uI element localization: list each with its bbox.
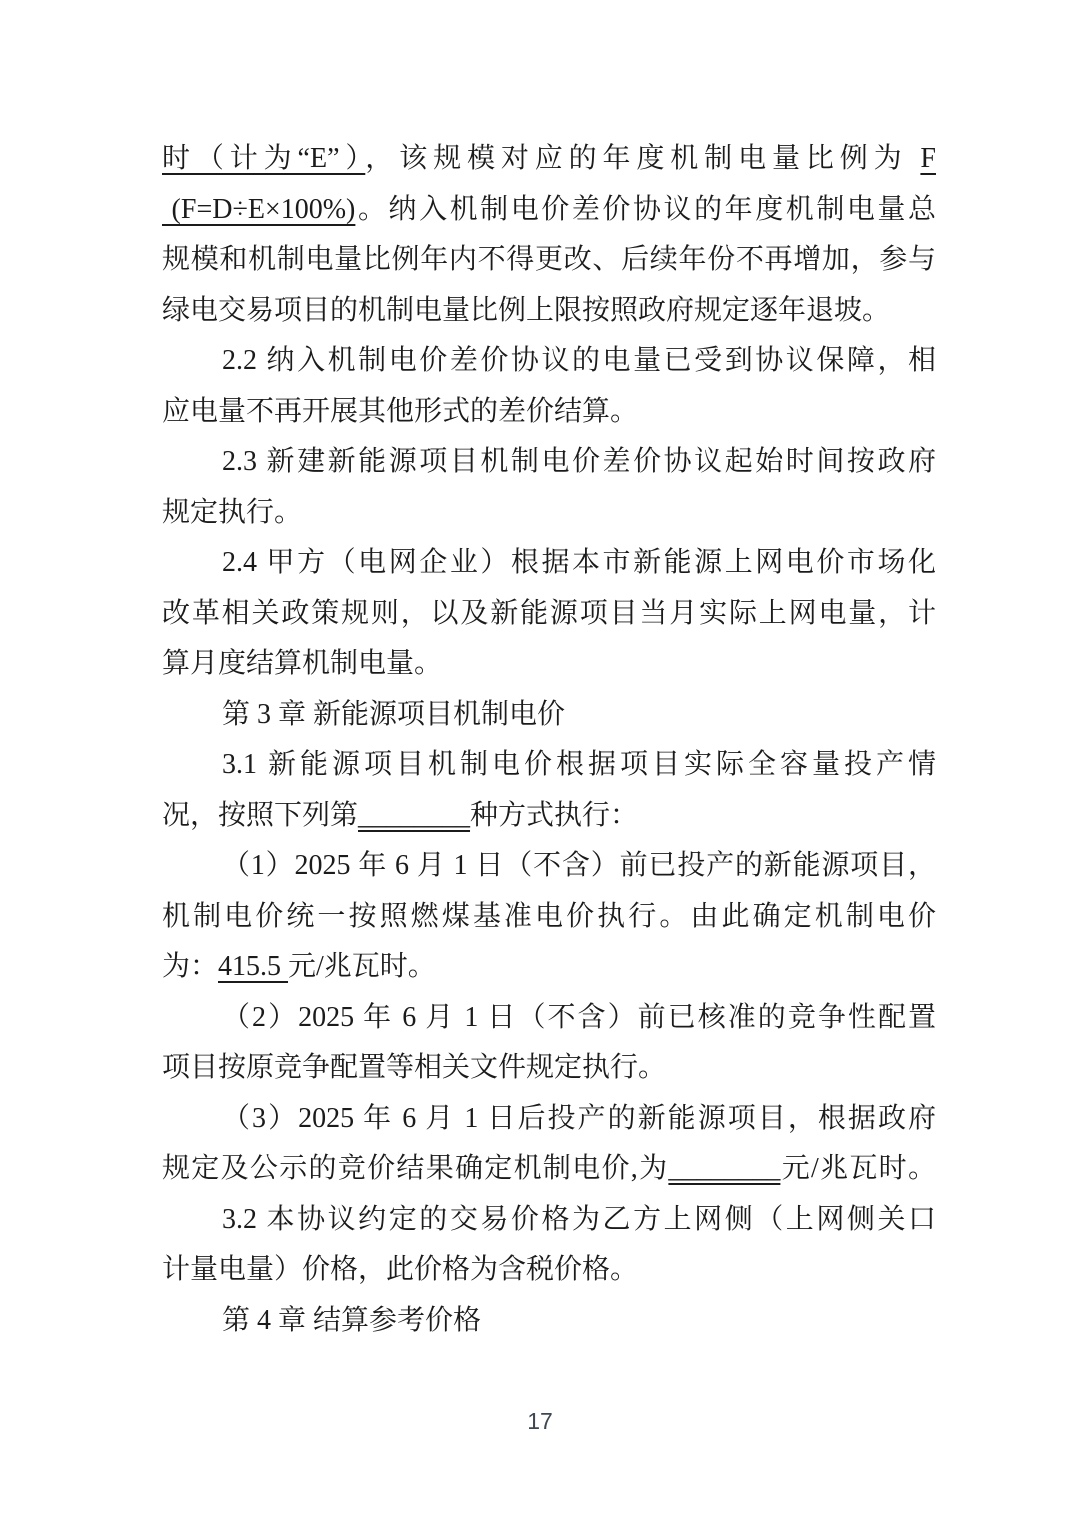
text-segment: ，该规模对应的年度机制电量比例为 [365,143,920,174]
fill-in-blank: ________ [668,1153,780,1184]
text-line: 3.2 本协议约定的交易价格为乙方上网侧（上网侧关口 [162,1195,936,1246]
text-segment: 元/兆瓦时。 [288,951,436,982]
text-line: （3）2025 年 6 月 1 日后投产的新能源项目，根据政府 [162,1094,936,1145]
text-line: 计量电量）价格，此价格为含税价格。 [162,1245,936,1296]
text-segment: （2）2025 年 6 月 1 日（不含）前已核准的竞争性配置 [222,1002,936,1033]
text-segment: 算月度结算机制电量。 [162,648,442,679]
text-segment: 2.4 甲方（电网企业）根据本市新能源上网电价市场化 [222,547,936,578]
text-line: 算月度结算机制电量。 [162,639,936,690]
underlined-text: 415.5 [218,951,288,982]
text-segment: 。纳入机制电价差价协议的年度机制电量总 [355,194,936,225]
text-line: （1）2025 年 6 月 1 日（不含）前已投产的新能源项目， [162,841,936,892]
text-segment: 机制电价统一按照燃煤基准电价执行。由此确定机制电价 [162,901,936,932]
text-segment: 绿电交易项目的机制电量比例上限按照政府规定逐年退坡。 [162,295,890,326]
text-line: 第 4 章 结算参考价格 [162,1296,936,1347]
text-segment: 况，按照下列第 [162,800,358,831]
text-segment: 项目按原竞争配置等相关文件规定执行。 [162,1052,666,1083]
text-segment: 2.2 纳入机制电价差价协议的电量已受到协议保障，相 [222,345,936,376]
document-body: 时（计为“E”），该规模对应的年度机制电量比例为 F (F=D÷E×100%)。… [162,134,936,1346]
document-page: 时（计为“E”），该规模对应的年度机制电量比例为 F (F=D÷E×100%)。… [0,0,1080,1527]
text-segment: 规定执行。 [162,497,302,528]
text-line: 应电量不再开展其他形式的差价结算。 [162,387,936,438]
text-line: 项目按原竞争配置等相关文件规定执行。 [162,1043,936,1094]
fill-in-blank: ________ [358,800,470,831]
text-segment: 第 4 章 结算参考价格 [222,1305,481,1336]
text-segment: 改革相关政策规则，以及新能源项目当月实际上网电量，计 [162,598,936,629]
text-line: 规模和机制电量比例年内不得更改、后续年份不再增加，参与 [162,235,936,286]
text-segment: 为： [162,951,218,982]
text-line: 3.1 新能源项目机制电价根据项目实际全容量投产情 [162,740,936,791]
underlined-text: (F=D÷E×100%) [162,194,355,225]
text-line: （2）2025 年 6 月 1 日（不含）前已核准的竞争性配置 [162,993,936,1044]
page-number: 17 [0,1408,1080,1435]
text-line: 规定执行。 [162,488,936,539]
text-line: 2.3 新建新能源项目机制电价差价协议起始时间按政府 [162,437,936,488]
text-line: 第 3 章 新能源项目机制电价 [162,690,936,741]
text-segment: 3.1 新能源项目机制电价根据项目实际全容量投产情 [222,749,936,780]
underlined-text: F [920,143,936,174]
text-segment: 2.3 新建新能源项目机制电价差价协议起始时间按政府 [222,446,936,477]
text-segment: 3.2 本协议约定的交易价格为乙方上网侧（上网侧关口 [222,1204,936,1235]
text-line: 2.2 纳入机制电价差价协议的电量已受到协议保障，相 [162,336,936,387]
underlined-text: 时（计为“E”） [162,143,365,174]
text-line: 机制电价统一按照燃煤基准电价执行。由此确定机制电价 [162,892,936,943]
text-segment: 种方式执行： [470,800,638,831]
text-segment: （3）2025 年 6 月 1 日后投产的新能源项目，根据政府 [222,1103,936,1134]
text-line: 规定及公示的竞价结果确定机制电价,为________元/兆瓦时。 [162,1144,936,1195]
text-line: 况，按照下列第________种方式执行： [162,791,936,842]
text-segment: 元/兆瓦时。 [780,1153,936,1184]
text-segment: 规模和机制电量比例年内不得更改、后续年份不再增加，参与 [162,244,936,275]
text-segment: 第 3 章 新能源项目机制电价 [222,699,565,730]
text-segment: 计量电量）价格，此价格为含税价格。 [162,1254,638,1285]
text-segment: 应电量不再开展其他形式的差价结算。 [162,396,638,427]
text-line: 改革相关政策规则，以及新能源项目当月实际上网电量，计 [162,589,936,640]
text-segment: （1）2025 年 6 月 1 日（不含）前已投产的新能源项目， [222,850,936,881]
text-segment: 规定及公示的竞价结果确定机制电价,为 [162,1153,668,1184]
text-line: 为：415.5 元/兆瓦时。 [162,942,936,993]
text-line: 2.4 甲方（电网企业）根据本市新能源上网电价市场化 [162,538,936,589]
text-line: 绿电交易项目的机制电量比例上限按照政府规定逐年退坡。 [162,286,936,337]
text-line: (F=D÷E×100%)。纳入机制电价差价协议的年度机制电量总 [162,185,936,236]
text-line: 时（计为“E”），该规模对应的年度机制电量比例为 F [162,134,936,185]
